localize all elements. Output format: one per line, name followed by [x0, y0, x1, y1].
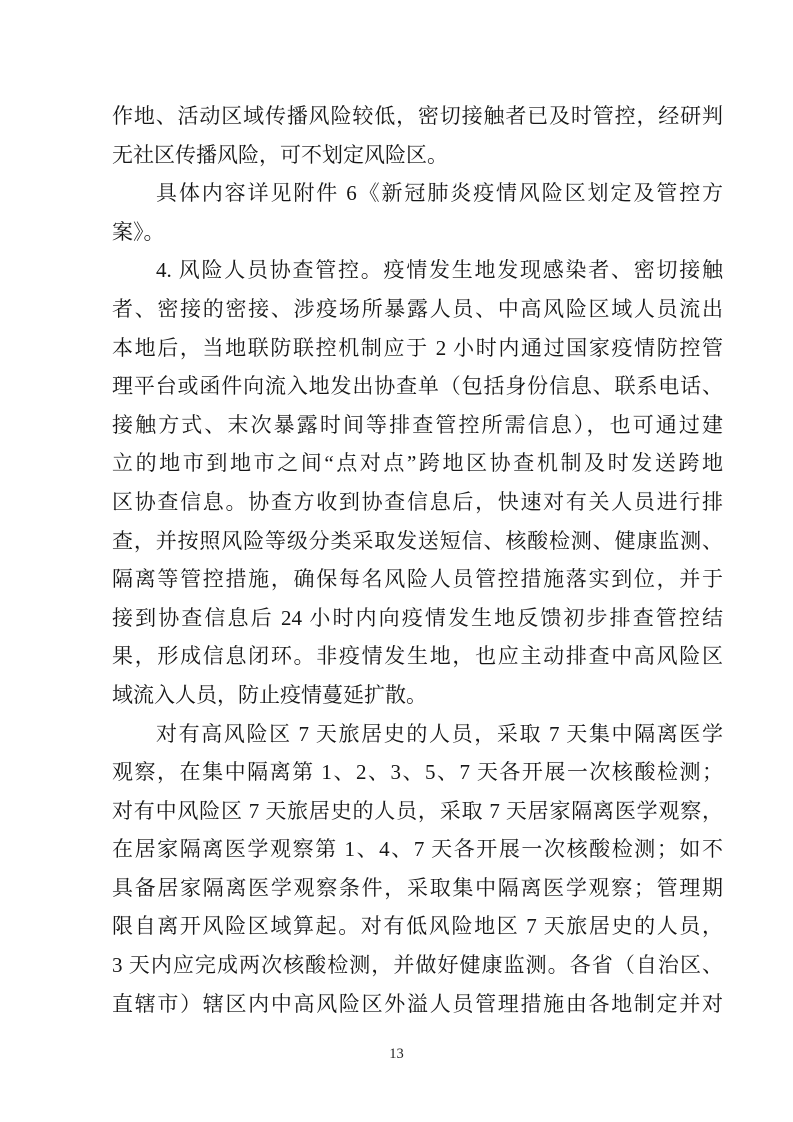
text-line: 观察，在集中隔离第 1、2、3、5、7 天各开展一次核酸检测； — [112, 753, 723, 792]
text-line: 者、密接的密接、涉疫场所暴露人员、中高风险区域人员流出 — [112, 290, 723, 329]
text-line: 查，并按照风险等级分类采取发送短信、核酸检测、健康监测、 — [112, 522, 723, 561]
text-line: 4. 风险人员协查管控。疫情发生地发现感染者、密切接触 — [112, 251, 723, 290]
text-line: 对有中风险区 7 天旅居史的人员，采取 7 天居家隔离医学观察， — [112, 792, 723, 831]
text-line: 域流入人员，防止疫情蔓延扩散。 — [112, 676, 723, 715]
text-line: 限自离开风险区域算起。对有低风险地区 7 天旅居史的人员， — [112, 907, 723, 946]
text-line: 理平台或函件向流入地发出协查单（包括身份信息、联系电话、 — [112, 367, 723, 406]
page-number: 13 — [0, 1046, 793, 1063]
text-line: 直辖市）辖区内中高风险区外溢人员管理措施由各地制定并对 — [112, 985, 723, 1024]
text-line: 案》。 — [112, 213, 723, 252]
text-line: 接到协查信息后 24 小时内向疫情发生地反馈初步排查管控结 — [112, 599, 723, 638]
text-line: 接触方式、末次暴露时间等排查管控所需信息），也可通过建 — [112, 406, 723, 445]
text-line: 无社区传播风险，可不划定风险区。 — [112, 136, 723, 175]
text-line: 对有高风险区 7 天旅居史的人员，采取 7 天集中隔离医学 — [112, 715, 723, 754]
body-text: 作地、活动区域传播风险较低，密切接触者已及时管控，经研判无社区传播风险，可不划定… — [112, 97, 723, 1023]
text-line: 3 天内应完成两次核酸检测，并做好健康监测。各省（自治区、 — [112, 946, 723, 985]
text-line: 隔离等管控措施，确保每名风险人员管控措施落实到位，并于 — [112, 560, 723, 599]
text-line: 在居家隔离医学观察第 1、4、7 天各开展一次核酸检测；如不 — [112, 830, 723, 869]
text-line: 具体内容详见附件 6《新冠肺炎疫情风险区划定及管控方 — [112, 174, 723, 213]
text-line: 本地后，当地联防联控机制应于 2 小时内通过国家疫情防控管 — [112, 329, 723, 368]
text-line: 具备居家隔离医学观察条件，采取集中隔离医学观察；管理期 — [112, 869, 723, 908]
text-line: 区协查信息。协查方收到协查信息后，快速对有关人员进行排 — [112, 483, 723, 522]
text-line: 作地、活动区域传播风险较低，密切接触者已及时管控，经研判 — [112, 97, 723, 136]
text-line: 立的地市到地市之间“点对点”跨地区协查机制及时发送跨地 — [112, 444, 723, 483]
text-line: 果，形成信息闭环。非疫情发生地，也应主动排查中高风险区 — [112, 637, 723, 676]
document-page: 作地、活动区域传播风险较低，密切接触者已及时管控，经研判无社区传播风险，可不划定… — [0, 0, 793, 1122]
